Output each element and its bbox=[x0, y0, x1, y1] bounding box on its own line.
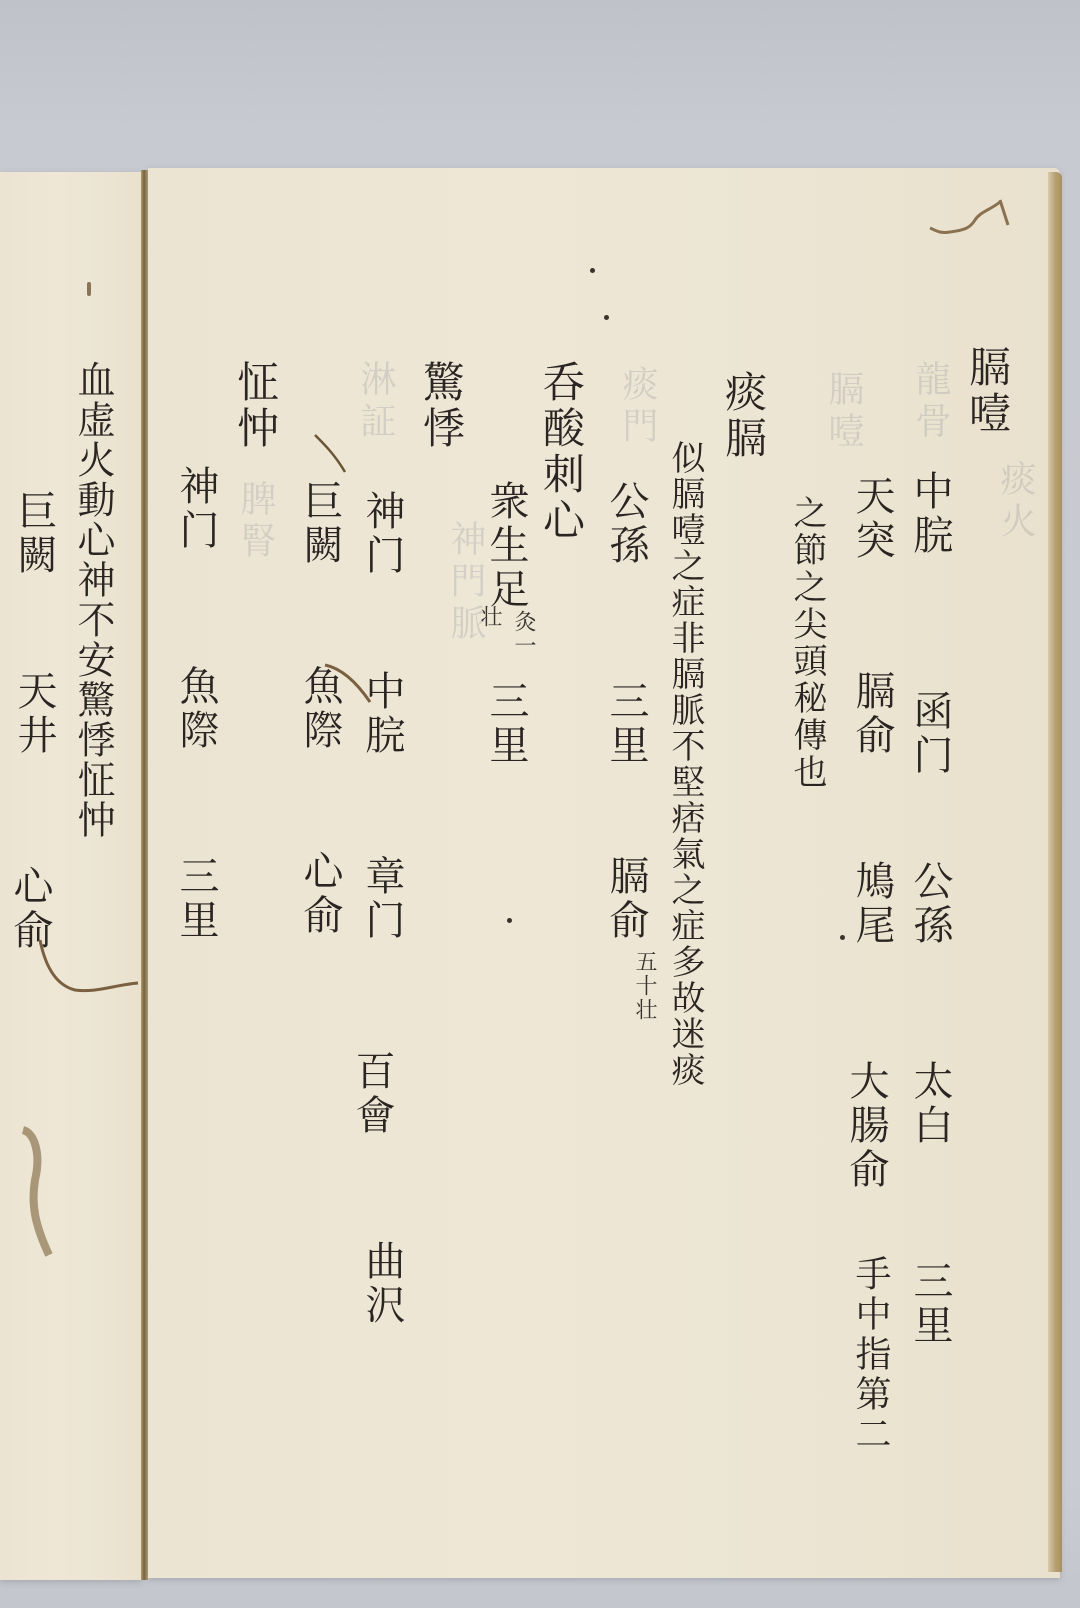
point-label: 大腸俞 bbox=[846, 1060, 886, 1192]
point-label: 膈俞 bbox=[606, 855, 646, 943]
point-label: 三里 bbox=[606, 680, 646, 768]
point-label: 三里 bbox=[486, 680, 526, 768]
point-label: 天突 bbox=[852, 475, 892, 563]
bleed-through-text: 痰門 bbox=[612, 365, 663, 449]
section-heading-tunsuan: 呑酸刺心 bbox=[540, 360, 582, 544]
book-gutter bbox=[141, 170, 148, 1580]
left-page-description: 血虚火動心神不安驚悸怔忡 bbox=[74, 360, 112, 840]
point-label: 巨闕 bbox=[300, 480, 340, 568]
point-note: 五十壮 bbox=[633, 950, 655, 1022]
section-heading-tange: 痰膈 bbox=[722, 370, 764, 462]
point-label: 公孫 bbox=[606, 480, 646, 568]
point-note: 灸一 bbox=[512, 610, 534, 658]
point-label: 中脘 bbox=[362, 670, 402, 758]
page-stack-edge bbox=[1048, 172, 1062, 1572]
point-label: 魚際 bbox=[176, 665, 216, 753]
point-note: 壮 bbox=[478, 605, 500, 629]
point-label: 公孫 bbox=[910, 860, 950, 948]
point-label: 中脘 bbox=[910, 470, 950, 558]
section-heading-jingji: 驚悸 bbox=[420, 360, 462, 452]
point-label: 魚際 bbox=[300, 665, 340, 753]
section-heading-gejie: 膈噎 bbox=[966, 345, 1008, 437]
bleed-through-text: 淋証 bbox=[350, 360, 401, 444]
annotation-note: 之節之尖頭秘傳也 bbox=[790, 495, 824, 791]
ink-mark bbox=[87, 282, 91, 296]
ink-mark bbox=[604, 315, 609, 320]
point-label: 三里 bbox=[910, 1260, 950, 1348]
point-label: 章门 bbox=[362, 855, 402, 943]
point-label: 神门 bbox=[176, 465, 216, 553]
point-label: 鳩尾 bbox=[852, 860, 892, 948]
point-label: 函门 bbox=[910, 690, 950, 778]
point-label: 心俞 bbox=[10, 865, 50, 953]
point-label: 神门 bbox=[362, 490, 402, 578]
point-label: 曲沢 bbox=[362, 1240, 402, 1328]
point-label: 膈俞 bbox=[852, 670, 892, 758]
bleed-through-text: 龍骨 bbox=[905, 360, 956, 444]
point-label: 天井 bbox=[14, 670, 54, 758]
point-label: 衆生足 bbox=[486, 480, 526, 612]
section-heading-zhengchong: 怔忡 bbox=[234, 360, 276, 452]
point-label: 三里 bbox=[176, 855, 216, 943]
bleed-through-text: 痰火 bbox=[990, 460, 1041, 544]
bleed-through-text: 脾腎 bbox=[230, 480, 281, 564]
point-label: 百會 bbox=[352, 1050, 392, 1138]
point-label: 太白 bbox=[910, 1060, 950, 1148]
section-description: 似膈噎之症非膈脈不堅痞氣之症多故迷痰 bbox=[668, 440, 702, 1088]
bleed-through-text: 膈噎 bbox=[818, 370, 869, 454]
ink-mark bbox=[507, 918, 512, 923]
point-label: 心俞 bbox=[300, 850, 340, 938]
point-label: 巨闕 bbox=[14, 490, 54, 578]
point-note: 手中指第二 bbox=[852, 1255, 888, 1455]
ink-mark bbox=[840, 935, 845, 940]
ink-mark bbox=[590, 268, 595, 273]
